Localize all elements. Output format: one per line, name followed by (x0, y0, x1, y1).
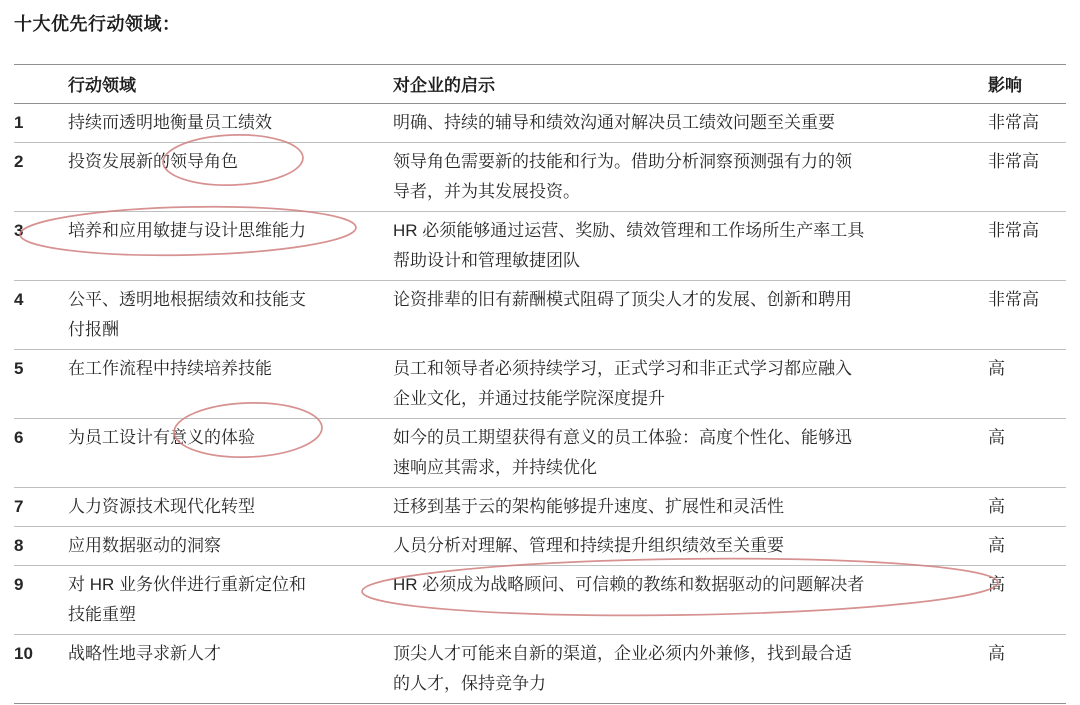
implication-cell: 如今的员工期望获得有意义的员工体验：高度个性化、能够迅 速响应其需求，并持续优化 (393, 419, 988, 488)
table-row: 5 在工作流程中持续培养技能 员工和领导者必须持续学习，正式学习和非正式学习都应… (14, 350, 1066, 419)
table-row: 6 为员工设计有意义的体验 如今的员工期望获得有意义的员工体验：高度个性化、能够… (14, 419, 1066, 488)
table-row: 10 战略性地寻求新人才 顶尖人才可能来自新的渠道，企业必须内外兼修，找到最合适… (14, 635, 1066, 704)
table-row: 7 人力资源技术现代化转型 迁移到基于云的架构能够提升速度、扩展性和灵活性 高 (14, 488, 1066, 527)
table-row: 1 持续而透明地衡量员工绩效 明确、持续的辅导和绩效沟通对解决员工绩效问题至关重… (14, 104, 1066, 143)
implication-cell: 顶尖人才可能来自新的渠道，企业必须内外兼修，找到最合适 的人才，保持竞争力 (393, 635, 988, 704)
impact-cell: 非常高 (988, 143, 1066, 212)
row-number: 6 (14, 419, 68, 488)
row-number: 7 (14, 488, 68, 527)
row-number: 9 (14, 566, 68, 635)
header-number (14, 65, 68, 104)
implication-cell: 人员分析对理解、管理和持续提升组织绩效至关重要 (393, 527, 988, 566)
row-number: 5 (14, 350, 68, 419)
header-action-area: 行动领域 (68, 65, 393, 104)
impact-cell: 高 (988, 527, 1066, 566)
implication-cell: 员工和领导者必须持续学习，正式学习和非正式学习都应融入 企业文化，并通过技能学院… (393, 350, 988, 419)
impact-cell: 非常高 (988, 281, 1066, 350)
header-impact: 影响 (988, 65, 1066, 104)
implication-cell: HR 必须成为战略顾问、可信赖的教练和数据驱动的问题解决者 (393, 566, 988, 635)
action-area-cell: 在工作流程中持续培养技能 (68, 350, 393, 419)
implication-cell: 论资排辈的旧有薪酬模式阻碍了顶尖人才的发展、创新和聘用 (393, 281, 988, 350)
implication-cell: HR 必须能够通过运营、奖励、绩效管理和工作场所生产率工具 帮助设计和管理敏捷团… (393, 212, 988, 281)
impact-cell: 非常高 (988, 104, 1066, 143)
document-page: 十大优先行动领域： 行动领域 对企业的启示 影响 1 持续而透明地衡量员工绩效 … (0, 0, 1080, 705)
page-title: 十大优先行动领域： (14, 10, 181, 36)
table-row: 9 对 HR 业务伙伴进行重新定位和 技能重塑 HR 必须成为战略顾问、可信赖的… (14, 566, 1066, 635)
action-area-cell: 培养和应用敏捷与设计思维能力 (68, 212, 393, 281)
table-row: 8 应用数据驱动的洞察 人员分析对理解、管理和持续提升组织绩效至关重要 高 (14, 527, 1066, 566)
impact-cell: 高 (988, 566, 1066, 635)
action-area-cell: 人力资源技术现代化转型 (68, 488, 393, 527)
row-number: 1 (14, 104, 68, 143)
table-row: 3 培养和应用敏捷与设计思维能力 HR 必须能够通过运营、奖励、绩效管理和工作场… (14, 212, 1066, 281)
table-row: 2 投资发展新的领导角色 领导角色需要新的技能和行为。借助分析洞察预测强有力的领… (14, 143, 1066, 212)
priority-actions-table: 行动领域 对企业的启示 影响 1 持续而透明地衡量员工绩效 明确、持续的辅导和绩… (14, 64, 1066, 704)
table-header-row: 行动领域 对企业的启示 影响 (14, 65, 1066, 104)
row-number: 4 (14, 281, 68, 350)
header-implication: 对企业的启示 (393, 65, 988, 104)
row-number: 2 (14, 143, 68, 212)
implication-cell: 迁移到基于云的架构能够提升速度、扩展性和灵活性 (393, 488, 988, 527)
action-area-cell: 公平、透明地根据绩效和技能支 付报酬 (68, 281, 393, 350)
row-number: 10 (14, 635, 68, 704)
action-area-cell: 应用数据驱动的洞察 (68, 527, 393, 566)
implication-cell: 领导角色需要新的技能和行为。借助分析洞察预测强有力的领 导者，并为其发展投资。 (393, 143, 988, 212)
impact-cell: 高 (988, 419, 1066, 488)
impact-cell: 高 (988, 635, 1066, 704)
action-area-cell: 对 HR 业务伙伴进行重新定位和 技能重塑 (68, 566, 393, 635)
table-row: 4 公平、透明地根据绩效和技能支 付报酬 论资排辈的旧有薪酬模式阻碍了顶尖人才的… (14, 281, 1066, 350)
impact-cell: 高 (988, 350, 1066, 419)
action-area-cell: 战略性地寻求新人才 (68, 635, 393, 704)
row-number: 3 (14, 212, 68, 281)
action-area-cell: 为员工设计有意义的体验 (68, 419, 393, 488)
impact-cell: 高 (988, 488, 1066, 527)
row-number: 8 (14, 527, 68, 566)
implication-cell: 明确、持续的辅导和绩效沟通对解决员工绩效问题至关重要 (393, 104, 988, 143)
action-area-cell: 持续而透明地衡量员工绩效 (68, 104, 393, 143)
impact-cell: 非常高 (988, 212, 1066, 281)
action-area-cell: 投资发展新的领导角色 (68, 143, 393, 212)
